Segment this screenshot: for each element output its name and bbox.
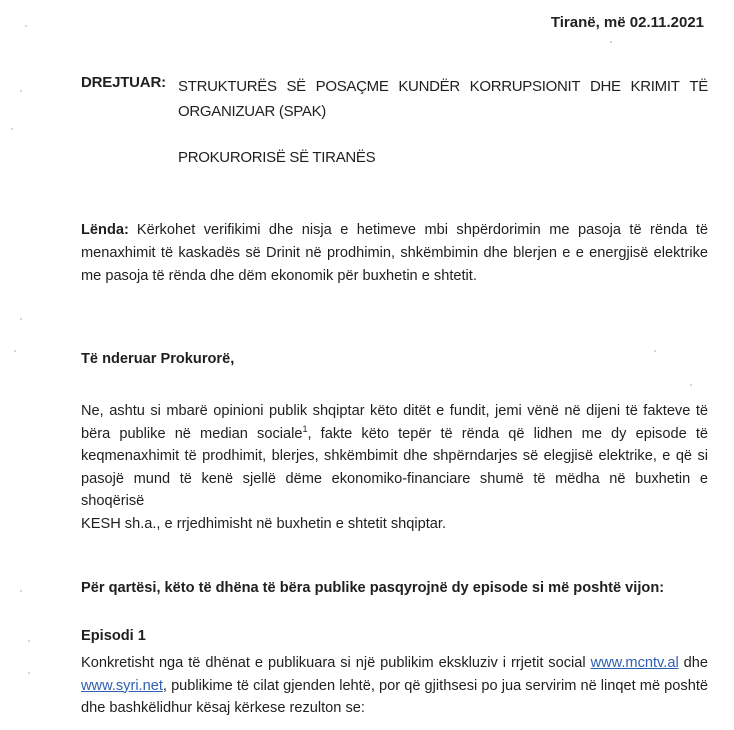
addressee-word: SË	[286, 74, 305, 99]
paragraph-intro-line-5: KESH sh.a., e rrjedhimisht në buxhetin e…	[81, 513, 708, 536]
addressee-line-2: ORGANIZUAR (SPAK)	[178, 99, 708, 124]
episode-1-title: Episodi 1	[81, 628, 146, 644]
addressee-word: TË	[689, 74, 708, 99]
paragraph-intro-line-2: bëra publike në median sociale1, fakte k…	[81, 423, 708, 446]
episode-1-line-2: www.syri.net, publikime të cilat gjenden…	[81, 675, 708, 698]
scan-speck	[11, 128, 13, 130]
subject-line-1: Lënda: Kërkohet verifikimi dhe nisja e h…	[81, 219, 708, 242]
episode-1-line-2-text: , publikime të cilat gjenden lehtë, por …	[163, 678, 708, 694]
scan-speck	[28, 640, 30, 642]
paragraph-intro-line-1: Ne, ashtu si mbarë opinioni publik shqip…	[81, 400, 708, 423]
episode-1-line-1-text: Konkretisht nga të dhënat e publikuara s…	[81, 655, 591, 671]
episode-1-paragraph: Konkretisht nga të dhënat e publikuara s…	[81, 652, 708, 720]
subject-text-1: Kërkohet verifikimi dhe nisja e hetimeve…	[137, 219, 708, 242]
addressee-word: DHE	[590, 74, 621, 99]
addressee-word: KORRUPSIONIT	[470, 74, 581, 99]
scan-speck	[20, 318, 22, 320]
paragraph-intro-line-4: pasojë mund të kenë sjellë dëme ekonomik…	[81, 468, 708, 513]
scan-speck	[690, 384, 692, 386]
greeting: Të nderuar Prokurorë,	[81, 351, 234, 367]
addressee-line-3: PROKURORISË SË TIRANËS	[178, 145, 708, 170]
addressee-line-1: STRUKTURËSSËPOSAÇMEKUNDËRKORRUPSIONITDHE…	[178, 74, 708, 99]
addressee-word: POSAÇME	[316, 74, 389, 99]
paragraph-intro: Ne, ashtu si mbarë opinioni publik shqip…	[81, 400, 708, 535]
document-page: Tiranë, më 02.11.2021 DREJTUAR: STRUKTUR…	[0, 0, 734, 730]
episode-1-line-1-after: dhe	[684, 655, 708, 671]
scan-speck	[25, 25, 27, 27]
paragraph-intro-line-2a: bëra publike në median sociale	[81, 426, 302, 442]
addressee-label: DREJTUAR:	[81, 74, 166, 91]
paragraph-intro-line-2b: , fakte këto tepër të rënda që lidhen me…	[307, 426, 708, 442]
document-date: Tiranë, më 02.11.2021	[551, 14, 704, 31]
episode-1-line-1: Konkretisht nga të dhënat e publikuara s…	[81, 652, 708, 675]
link-mcntv[interactable]: www.mcntv.al	[591, 655, 679, 671]
paragraph-intro-line-3: keqmenaxhimit të prodhimit, blerjes, shk…	[81, 445, 708, 468]
clarity-heading: Për qartësi, këto të dhëna të bëra publi…	[81, 580, 664, 596]
scan-speck	[654, 350, 656, 352]
subject-label: Lënda:	[81, 219, 129, 242]
scan-speck	[20, 90, 22, 92]
addressee-lines: STRUKTURËSSËPOSAÇMEKUNDËRKORRUPSIONITDHE…	[178, 74, 708, 170]
subject-line-3: me pasoja të rënda dhe dëm ekonomik për …	[81, 265, 708, 288]
scan-speck	[28, 672, 30, 674]
addressee-word: KUNDËR	[398, 74, 460, 99]
episode-1-line-3: dhe bashkëlidhur kësaj kërkese rezulton …	[81, 697, 708, 720]
link-syri[interactable]: www.syri.net	[81, 678, 163, 694]
scan-speck	[20, 590, 22, 592]
scan-speck	[610, 41, 612, 43]
scan-speck	[14, 350, 16, 352]
addressee-word: KRIMIT	[631, 74, 680, 99]
subject-block: Lënda: Kërkohet verifikimi dhe nisja e h…	[81, 219, 708, 288]
subject-line-2: menaxhimit të kaskadës së Drinit në prod…	[81, 242, 708, 265]
addressee-word: STRUKTURËS	[178, 74, 277, 99]
